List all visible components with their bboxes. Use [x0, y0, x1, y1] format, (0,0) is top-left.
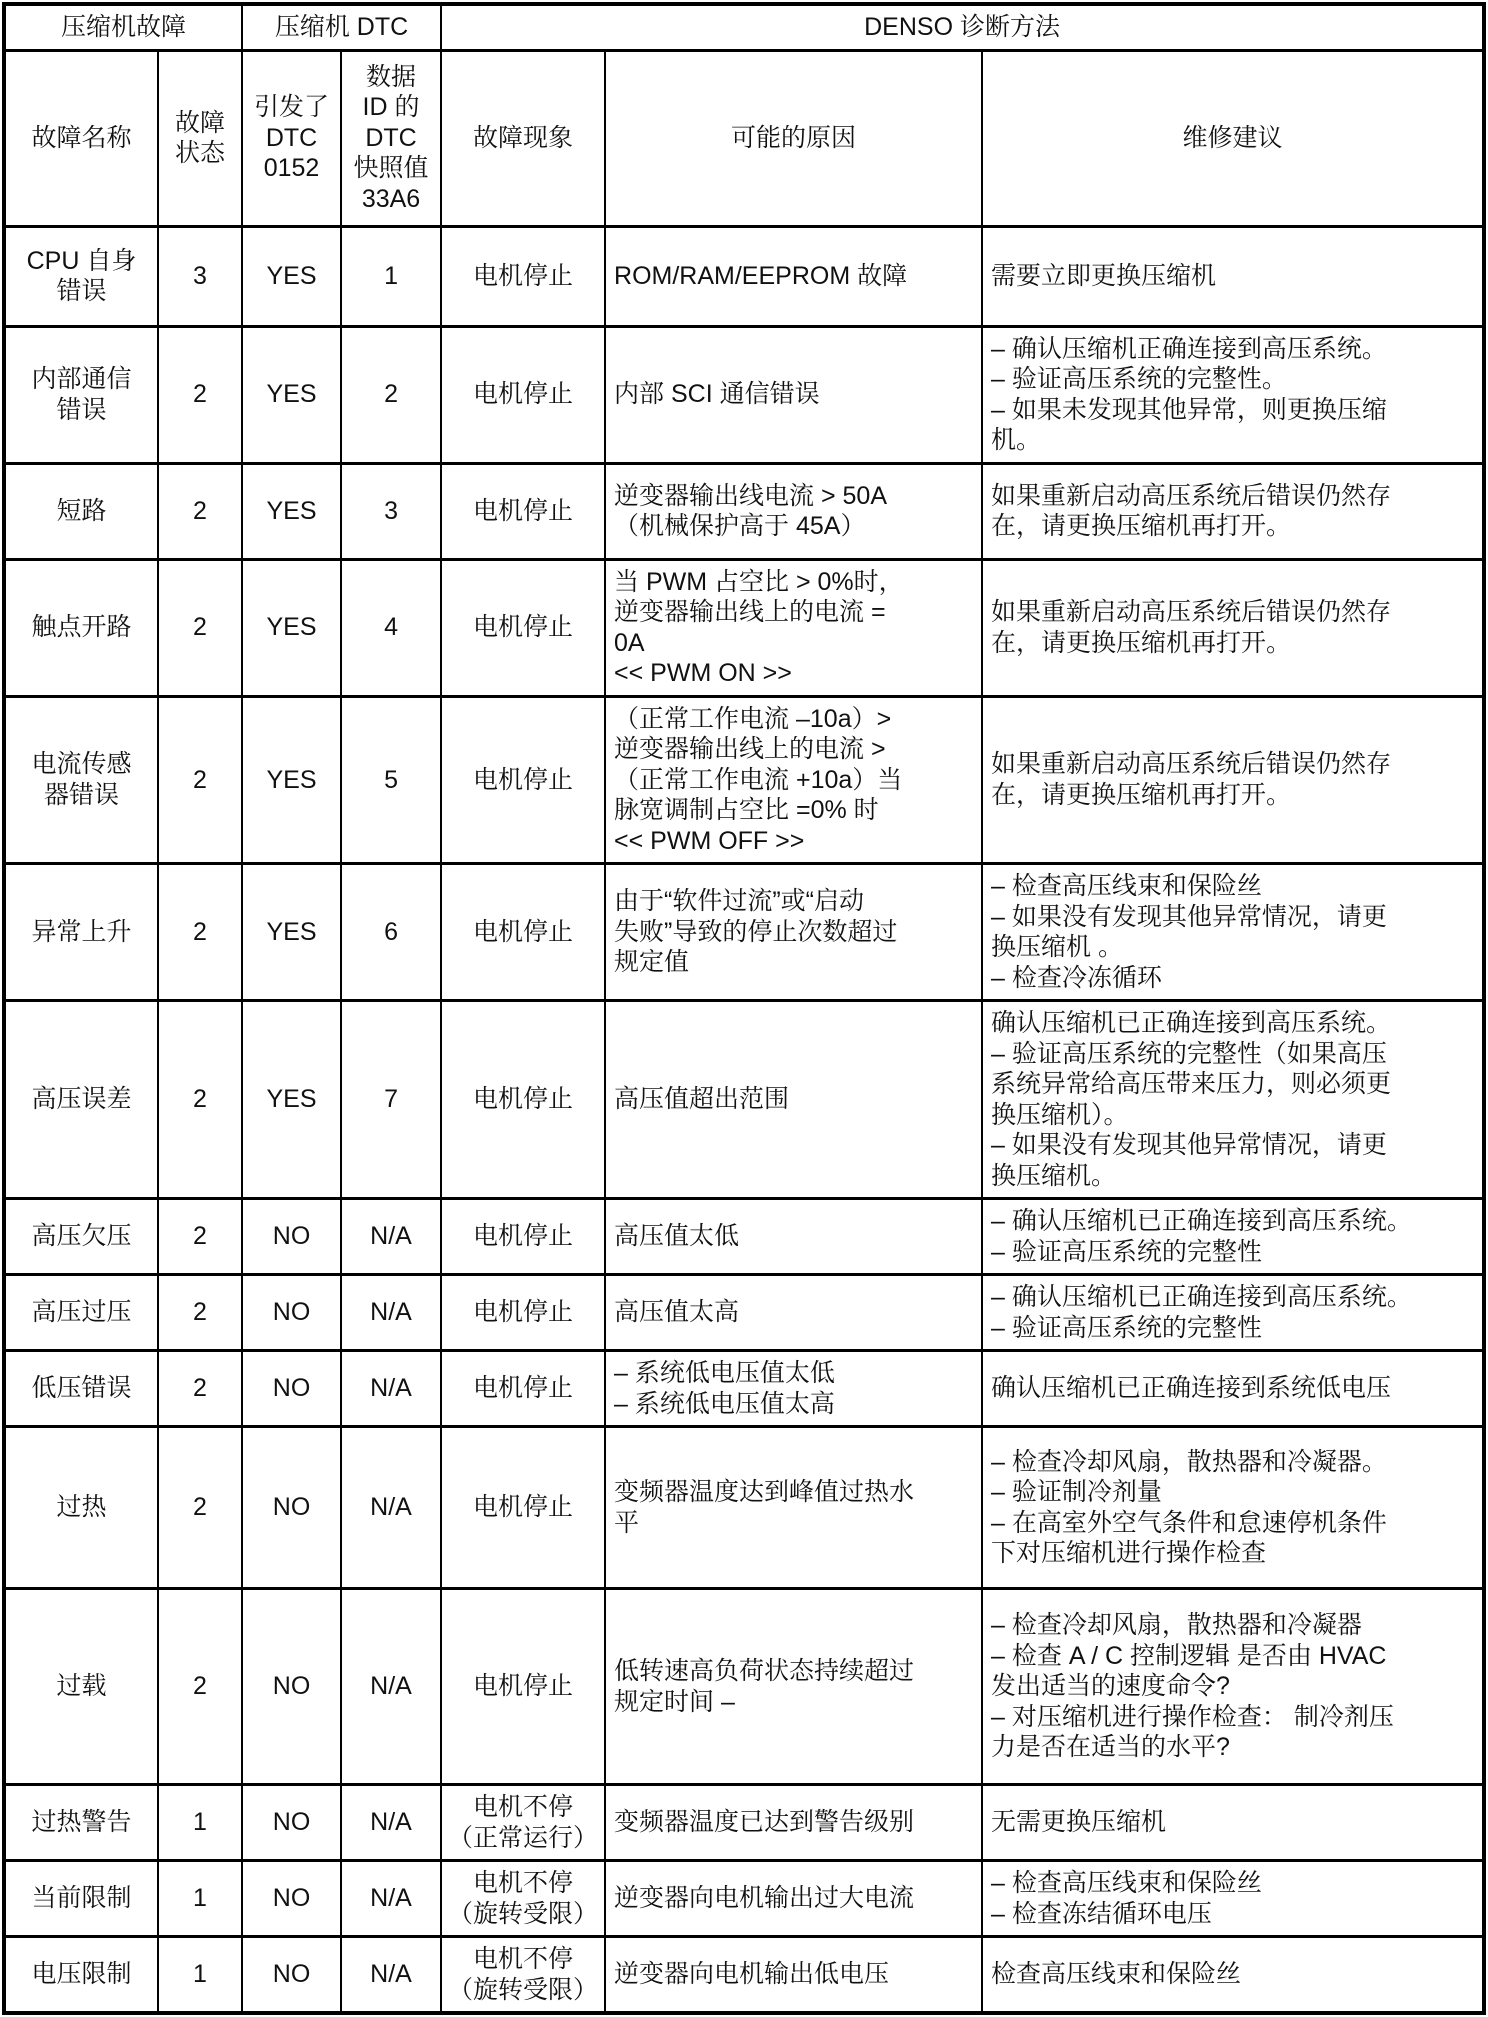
table-row: 当前限制1NON/A电机不停 （旋转受限）逆变器向电机输出过大电流– 检查高压线… — [4, 1861, 1484, 1937]
cell-fault-name: 过载 — [4, 1589, 158, 1785]
cell-fault-status: 1 — [158, 1937, 242, 2014]
cell-fault-name: 电流传感 器错误 — [4, 696, 158, 864]
cell-fault-name: 异常上升 — [4, 864, 158, 1001]
cell-fault-status: 2 — [158, 326, 242, 463]
cell-phenomenon: 电机停止 — [441, 1589, 605, 1785]
cell-repair: – 确认压缩机正确连接到高压系统。 – 验证高压系统的完整性。 – 如果未发现其… — [982, 326, 1484, 463]
cell-phenomenon: 电机不停 （旋转受限） — [441, 1937, 605, 2014]
cell-cause: 逆变器向电机输出低电压 — [605, 1937, 982, 2014]
cell-dtc-0152: NO — [242, 1937, 341, 2014]
cell-dtc-0152: NO — [242, 1427, 341, 1589]
table-row: 电流传感 器错误2YES5电机停止（正常工作电流 –10a）> 逆变器输出线上的… — [4, 696, 1484, 864]
cell-repair: 确认压缩机已正确连接到系统低电压 — [982, 1351, 1484, 1427]
cell-repair: 如果重新启动高压系统后错误仍然存 在，请更换压缩机再打开。 — [982, 559, 1484, 696]
table-row: 内部通信 错误2YES2电机停止内部 SCI 通信错误– 确认压缩机正确连接到高… — [4, 326, 1484, 463]
cell-cause: – 系统低电压值太低 – 系统低电压值太高 — [605, 1351, 982, 1427]
cell-phenomenon: 电机停止 — [441, 1199, 605, 1275]
cell-dtc-snapshot: N/A — [341, 1937, 441, 2014]
col-header-repair: 维修建议 — [982, 50, 1484, 226]
cell-cause: 变频器温度达到峰值过热水 平 — [605, 1427, 982, 1589]
cell-fault-status: 1 — [158, 1861, 242, 1937]
col-header-dtc-snapshot: 数据 ID 的 DTC 快照值 33A6 — [341, 50, 441, 226]
cell-fault-status: 2 — [158, 1351, 242, 1427]
cell-fault-status: 2 — [158, 559, 242, 696]
cell-phenomenon: 电机停止 — [441, 1275, 605, 1351]
cell-dtc-snapshot: N/A — [341, 1861, 441, 1937]
cell-phenomenon: 电机停止 — [441, 696, 605, 864]
cell-dtc-snapshot: 3 — [341, 463, 441, 559]
cell-fault-name: 过热警告 — [4, 1785, 158, 1861]
cell-dtc-0152: YES — [242, 226, 341, 326]
cell-dtc-0152: YES — [242, 864, 341, 1001]
cell-dtc-0152: YES — [242, 326, 341, 463]
cell-repair: 如果重新启动高压系统后错误仍然存 在，请更换压缩机再打开。 — [982, 696, 1484, 864]
cell-repair: – 检查高压线束和保险丝 – 如果没有发现其他异常情况，请更 换压缩机 。 – … — [982, 864, 1484, 1001]
cell-fault-name: 电压限制 — [4, 1937, 158, 2014]
cell-dtc-snapshot: N/A — [341, 1351, 441, 1427]
cell-cause: ROM/RAM/EEPROM 故障 — [605, 226, 982, 326]
cell-dtc-0152: NO — [242, 1199, 341, 1275]
table-row: 短路2YES3电机停止逆变器输出线电流 > 50A （机械保护高于 45A）如果… — [4, 463, 1484, 559]
cell-fault-status: 2 — [158, 864, 242, 1001]
cell-fault-status: 2 — [158, 1275, 242, 1351]
cell-phenomenon: 电机停止 — [441, 326, 605, 463]
cell-repair: 无需更换压缩机 — [982, 1785, 1484, 1861]
cell-fault-status: 2 — [158, 463, 242, 559]
table-row: 电压限制1NON/A电机不停 （旋转受限）逆变器向电机输出低电压检查高压线束和保… — [4, 1937, 1484, 2014]
cell-fault-status: 2 — [158, 1199, 242, 1275]
cell-cause: 变频器温度已达到警告级别 — [605, 1785, 982, 1861]
cell-phenomenon: 电机停止 — [441, 864, 605, 1001]
table-row: 高压欠压2NON/A电机停止高压值太低– 确认压缩机已正确连接到高压系统。 – … — [4, 1199, 1484, 1275]
cell-cause: 内部 SCI 通信错误 — [605, 326, 982, 463]
cell-cause: 由于“软件过流”或“启动 失败”导致的停止次数超过 规定值 — [605, 864, 982, 1001]
cell-fault-name: 当前限制 — [4, 1861, 158, 1937]
cell-fault-status: 2 — [158, 696, 242, 864]
table-row: 过热2NON/A电机停止变频器温度达到峰值过热水 平– 检查冷却风扇，散热器和冷… — [4, 1427, 1484, 1589]
cell-cause: 逆变器向电机输出过大电流 — [605, 1861, 982, 1937]
cell-cause: 高压值超出范围 — [605, 1001, 982, 1199]
cell-dtc-snapshot: 7 — [341, 1001, 441, 1199]
cell-dtc-snapshot: N/A — [341, 1199, 441, 1275]
table-row: 异常上升2YES6电机停止由于“软件过流”或“启动 失败”导致的停止次数超过 规… — [4, 864, 1484, 1001]
cell-fault-name: 过热 — [4, 1427, 158, 1589]
cell-phenomenon: 电机不停 （正常运行） — [441, 1785, 605, 1861]
cell-dtc-0152: YES — [242, 559, 341, 696]
cell-dtc-0152: YES — [242, 696, 341, 864]
cell-repair: – 检查冷却风扇，散热器和冷凝器。 – 验证制冷剂量 – 在高室外空气条件和怠速… — [982, 1427, 1484, 1589]
table-header: 压缩机故障 压缩机 DTC DENSO 诊断方法 故障名称 故障 状态 引发了 … — [4, 4, 1484, 226]
cell-repair: 确认压缩机已正确连接到高压系统。 – 验证高压系统的完整性（如果高压 系统异常给… — [982, 1001, 1484, 1199]
cell-fault-name: 内部通信 错误 — [4, 326, 158, 463]
table-row: 低压错误2NON/A电机停止– 系统低电压值太低 – 系统低电压值太高确认压缩机… — [4, 1351, 1484, 1427]
cell-fault-name: 触点开路 — [4, 559, 158, 696]
cell-phenomenon: 电机停止 — [441, 559, 605, 696]
cell-fault-status: 1 — [158, 1785, 242, 1861]
cell-fault-name: CPU 自身 错误 — [4, 226, 158, 326]
cell-phenomenon: 电机停止 — [441, 463, 605, 559]
cell-fault-name: 低压错误 — [4, 1351, 158, 1427]
cell-cause: 当 PWM 占空比 > 0%时， 逆变器输出线上的电流 = 0A << PWM … — [605, 559, 982, 696]
cell-fault-name: 高压过压 — [4, 1275, 158, 1351]
cell-cause: 高压值太低 — [605, 1199, 982, 1275]
cell-dtc-snapshot: N/A — [341, 1275, 441, 1351]
cell-dtc-0152: NO — [242, 1785, 341, 1861]
col-header-fault-status: 故障 状态 — [158, 50, 242, 226]
cell-fault-status: 3 — [158, 226, 242, 326]
cell-dtc-snapshot: 5 — [341, 696, 441, 864]
cell-dtc-snapshot: 4 — [341, 559, 441, 696]
cell-cause: 逆变器输出线电流 > 50A （机械保护高于 45A） — [605, 463, 982, 559]
cell-repair: 如果重新启动高压系统后错误仍然存 在，请更换压缩机再打开。 — [982, 463, 1484, 559]
cell-fault-name: 短路 — [4, 463, 158, 559]
cell-dtc-snapshot: 6 — [341, 864, 441, 1001]
cell-dtc-snapshot: 2 — [341, 326, 441, 463]
table-row: 高压误差2YES7电机停止高压值超出范围确认压缩机已正确连接到高压系统。 – 验… — [4, 1001, 1484, 1199]
table-row: 过热警告1NON/A电机不停 （正常运行）变频器温度已达到警告级别无需更换压缩机 — [4, 1785, 1484, 1861]
cell-dtc-0152: NO — [242, 1589, 341, 1785]
cell-dtc-snapshot: N/A — [341, 1427, 441, 1589]
table-row: 高压过压2NON/A电机停止高压值太高– 确认压缩机已正确连接到高压系统。 – … — [4, 1275, 1484, 1351]
fault-table-body: CPU 自身 错误3YES1电机停止ROM/RAM/EEPROM 故障需要立即更… — [4, 226, 1484, 2013]
cell-repair: – 确认压缩机已正确连接到高压系统。 – 验证高压系统的完整性 — [982, 1199, 1484, 1275]
cell-phenomenon: 电机停止 — [441, 226, 605, 326]
cell-fault-status: 2 — [158, 1589, 242, 1785]
document-page: 压缩机故障 压缩机 DTC DENSO 诊断方法 故障名称 故障 状态 引发了 … — [0, 0, 1488, 2017]
cell-repair: – 确认压缩机已正确连接到高压系统。 – 验证高压系统的完整性 — [982, 1275, 1484, 1351]
cell-phenomenon: 电机停止 — [441, 1427, 605, 1589]
cell-repair: 需要立即更换压缩机 — [982, 226, 1484, 326]
cell-fault-name: 高压误差 — [4, 1001, 158, 1199]
col-header-phenomenon: 故障现象 — [441, 50, 605, 226]
cell-repair: – 检查冷却风扇，散热器和冷凝器 – 检查 A / C 控制逻辑 是否由 HVA… — [982, 1589, 1484, 1785]
cell-repair: 检查高压线束和保险丝 — [982, 1937, 1484, 2014]
cell-fault-status: 2 — [158, 1001, 242, 1199]
cell-dtc-0152: NO — [242, 1275, 341, 1351]
table-row: 触点开路2YES4电机停止当 PWM 占空比 > 0%时， 逆变器输出线上的电流… — [4, 559, 1484, 696]
table-row: CPU 自身 错误3YES1电机停止ROM/RAM/EEPROM 故障需要立即更… — [4, 226, 1484, 326]
cell-dtc-snapshot: N/A — [341, 1785, 441, 1861]
cell-dtc-0152: YES — [242, 463, 341, 559]
cell-phenomenon: 电机不停 （旋转受限） — [441, 1861, 605, 1937]
col-header-dtc-0152: 引发了 DTC 0152 — [242, 50, 341, 226]
cell-fault-status: 2 — [158, 1427, 242, 1589]
cell-dtc-0152: NO — [242, 1351, 341, 1427]
group-header-compressor-dtc: 压缩机 DTC — [242, 4, 441, 50]
cell-phenomenon: 电机停止 — [441, 1001, 605, 1199]
group-header-denso-method: DENSO 诊断方法 — [441, 4, 1484, 50]
cell-phenomenon: 电机停止 — [441, 1351, 605, 1427]
cell-fault-name: 高压欠压 — [4, 1199, 158, 1275]
compressor-fault-table: 压缩机故障 压缩机 DTC DENSO 诊断方法 故障名称 故障 状态 引发了 … — [2, 2, 1486, 2015]
cell-cause: （正常工作电流 –10a）> 逆变器输出线上的电流 > （正常工作电流 +10a… — [605, 696, 982, 864]
cell-cause: 低转速高负荷状态持续超过 规定时间 – — [605, 1589, 982, 1785]
cell-dtc-0152: NO — [242, 1861, 341, 1937]
cell-dtc-0152: YES — [242, 1001, 341, 1199]
table-row: 过载2NON/A电机停止低转速高负荷状态持续超过 规定时间 –– 检查冷却风扇，… — [4, 1589, 1484, 1785]
table-row: 压缩机故障 压缩机 DTC DENSO 诊断方法 — [4, 4, 1484, 50]
col-header-fault-name: 故障名称 — [4, 50, 158, 226]
cell-dtc-snapshot: 1 — [341, 226, 441, 326]
cell-dtc-snapshot: N/A — [341, 1589, 441, 1785]
table-row: 故障名称 故障 状态 引发了 DTC 0152 数据 ID 的 DTC 快照值 … — [4, 50, 1484, 226]
cell-cause: 高压值太高 — [605, 1275, 982, 1351]
group-header-compressor-fault: 压缩机故障 — [4, 4, 242, 50]
cell-repair: – 检查高压线束和保险丝 – 检查冻结循环电压 — [982, 1861, 1484, 1937]
col-header-cause: 可能的原因 — [605, 50, 982, 226]
